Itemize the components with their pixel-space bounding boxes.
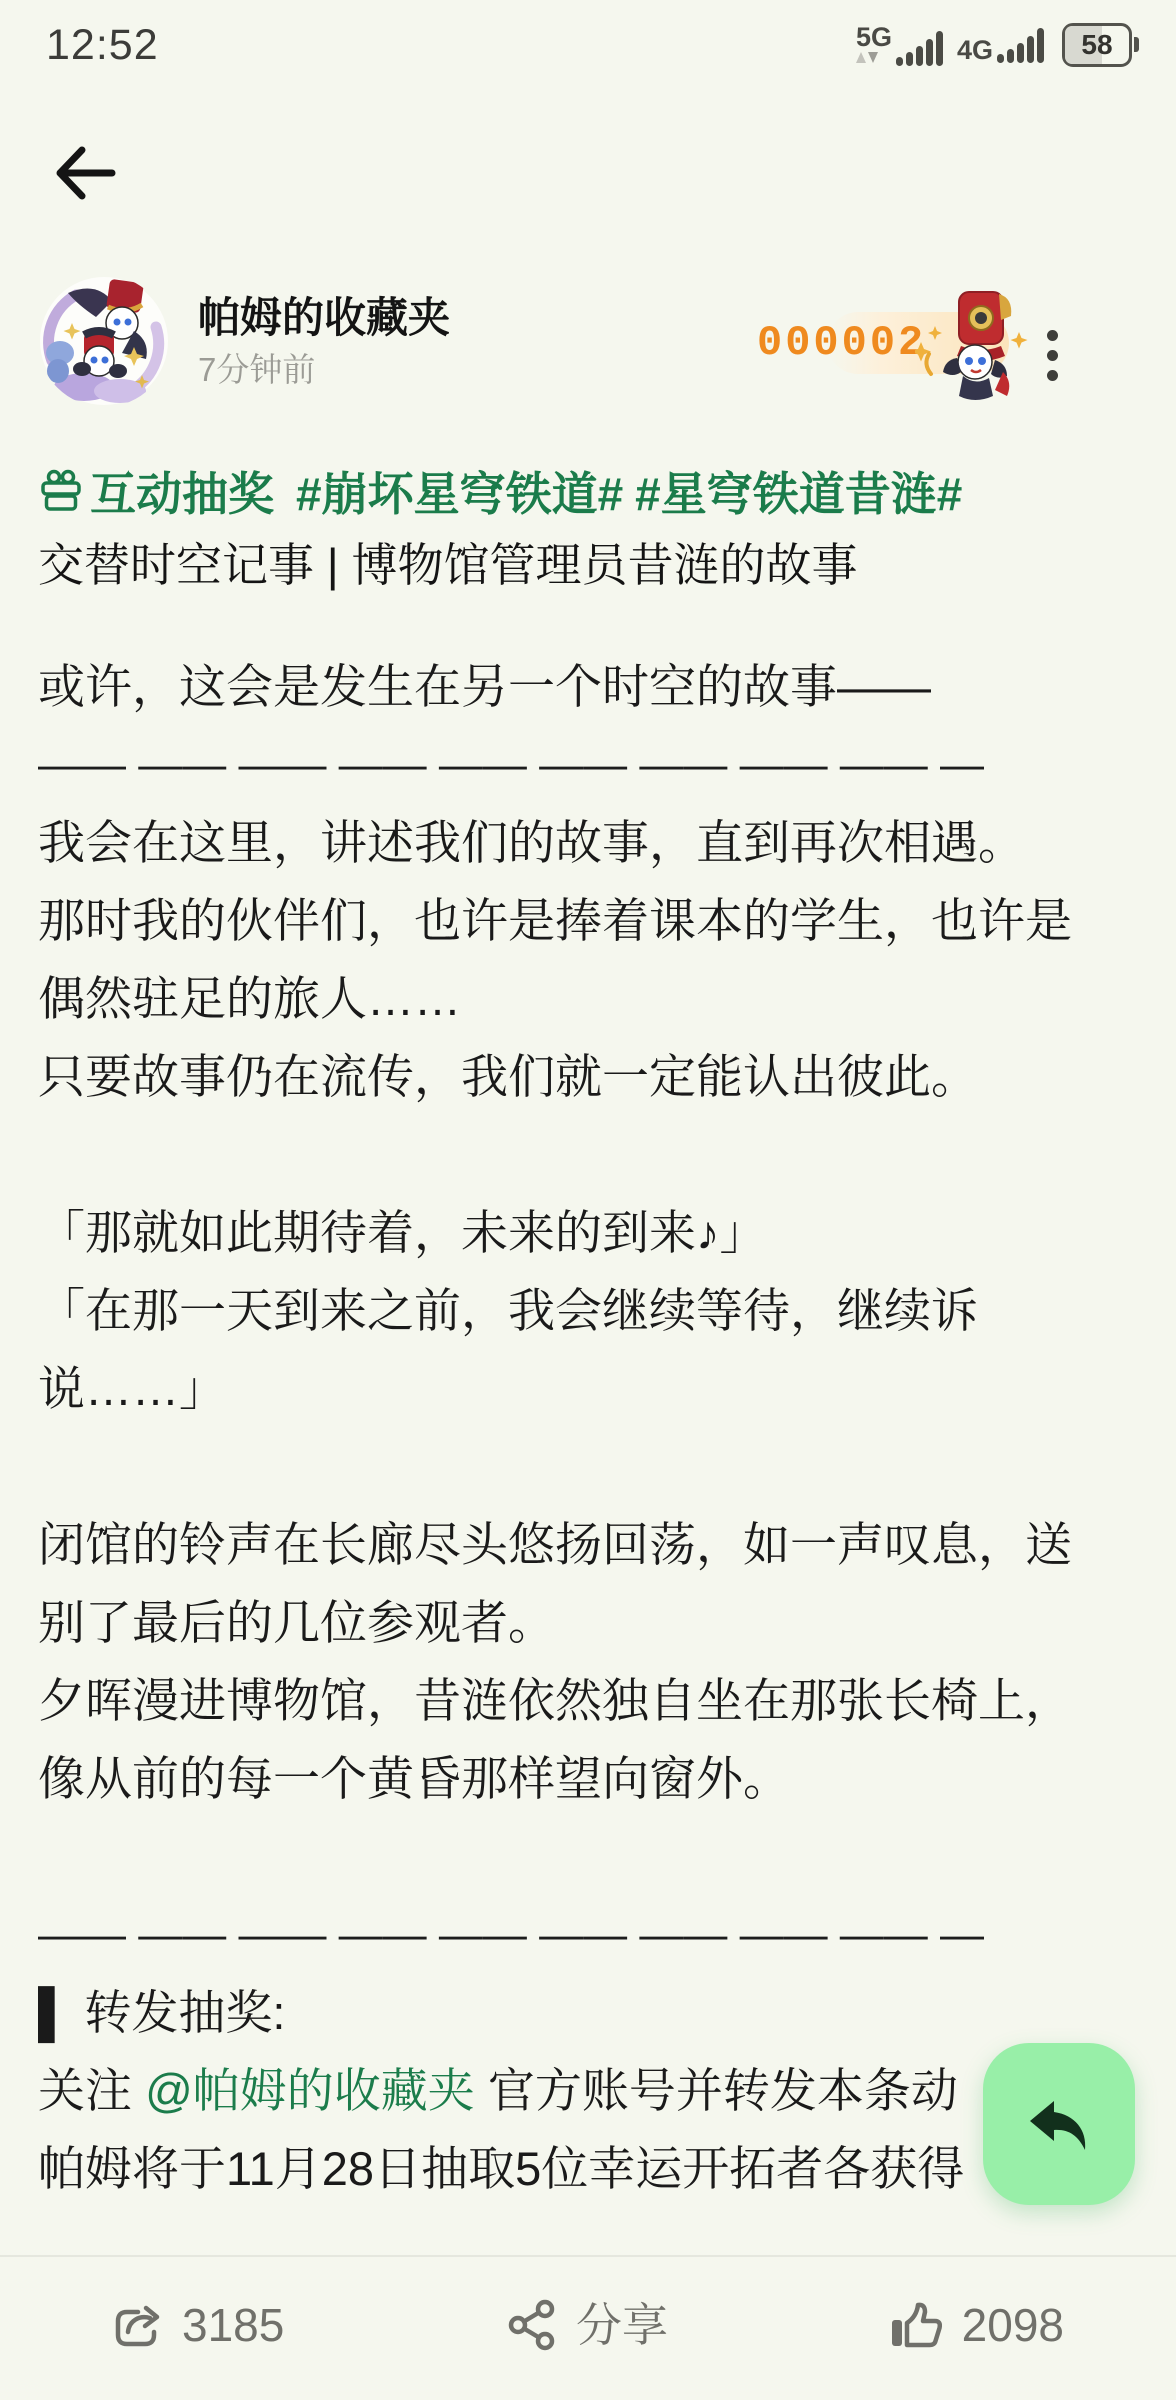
author-block: 帕姆的收藏夹 7分钟前 [198, 293, 450, 389]
pom-pom-avatar-art [38, 275, 170, 407]
battery-nub [1134, 37, 1139, 52]
post-timestamp: 7分钟前 [198, 351, 450, 389]
battery-icon: 58 [1062, 23, 1132, 67]
gift-box-icon [38, 468, 84, 514]
back-arrow-icon[interactable] [52, 144, 116, 202]
more-options-icon[interactable] [1043, 326, 1062, 385]
hashtag-xilian[interactable]: #星穹铁道昔涟# [635, 458, 962, 524]
body-line: 那时我的伙伴们，也许是捧着课本的学生，也许是 [38, 882, 1138, 960]
body-line: 关注 @帕姆的收藏夹 官方账号并转发本条动 [38, 2052, 1138, 2130]
body-line: 「那就如此期待着，未来的到来♪」 [38, 1194, 1138, 1272]
thumbs-up-icon [890, 2300, 944, 2350]
body-line [38, 1428, 1138, 1506]
signal-5g-icon: 5G [856, 24, 943, 66]
mention-link[interactable]: @帕姆的收藏夹 [145, 2064, 475, 2117]
badge-counter: 000002 [757, 319, 926, 367]
data-activity-icon [856, 52, 878, 66]
body-line: 像从前的每一个黄昏那样望向窗外。 [38, 1740, 1138, 1818]
avatar[interactable] [38, 275, 170, 407]
body-line: 或许，这会是发生在另一个时空的故事—— [38, 648, 1138, 726]
body-line: —— —— —— —— —— —— —— —— —— — [38, 1896, 1138, 1974]
post-title: 交替时空记事 | 博物馆管理员昔涟的故事 [38, 534, 1138, 596]
body-line: 帕姆将于11月28日抽取5位幸运开拓者各获得随 [38, 2130, 1138, 2208]
post-content: 互动抽奖 #崩坏星穹铁道# #星穹铁道昔涟# 交替时空记事 | 博物馆管理员昔涟… [38, 460, 1138, 2208]
like-button[interactable]: 2098 [890, 2299, 1064, 2351]
nav-bar [52, 144, 1176, 204]
body-line: —— —— —— —— —— —— —— —— —— — [38, 726, 1138, 804]
signal-4g-icon: 4G [957, 27, 1044, 63]
repost-button[interactable]: 3185 [112, 2299, 284, 2351]
body-line: 夕晖漫进博物馆，昔涟依然独自坐在那张长椅上， [38, 1662, 1138, 1740]
network-type-label: 5G [856, 24, 892, 50]
body-line: ▌ 转发抽奖: [38, 1974, 1138, 2052]
body-line: 别了最后的几位参观者。 [38, 1584, 1138, 1662]
signal-bars [896, 30, 943, 66]
share-button[interactable]: 分享 [506, 2298, 668, 2352]
author-name[interactable]: 帕姆的收藏夹 [198, 293, 450, 343]
share-label: 分享 [576, 2299, 668, 2351]
repost-count: 3185 [182, 2299, 284, 2351]
reply-arrow-icon [1020, 2085, 1098, 2163]
clock: 12:52 [46, 21, 159, 70]
repost-icon [112, 2300, 164, 2350]
body-line: 闭馆的铃声在长廊尽头悠扬回荡，如一声叹息，送 [38, 1506, 1138, 1584]
post-body: 或许，这会是发生在另一个时空的故事———— —— —— —— —— —— —— … [38, 648, 1138, 2208]
lottery-tag[interactable]: 互动抽奖 [90, 458, 274, 524]
author-badge[interactable]: 000002 [757, 312, 1009, 374]
status-icons: 5G 4G 58 [856, 23, 1132, 67]
pom-pom-sticker-icon [915, 288, 1037, 410]
body-line: 偶然驻足的旅人…… [38, 960, 1138, 1038]
body-line: 「在那一天到来之前，我会继续等待，继续诉 [38, 1272, 1138, 1350]
status-bar: 12:52 5G 4G 58 [0, 0, 1176, 72]
bottom-action-bar: 3185 分享 2098 [0, 2255, 1176, 2400]
signal-bars [997, 27, 1044, 63]
body-line: 只要故事仍在流传，我们就一定能认出彼此。 [38, 1038, 1138, 1116]
network-type-label: 4G [957, 37, 993, 63]
like-count: 2098 [962, 2299, 1064, 2351]
battery-percent: 58 [1081, 29, 1112, 61]
body-line: 说……」 [38, 1350, 1138, 1428]
post-tags-row: 互动抽奖 #崩坏星穹铁道# #星穹铁道昔涟# [38, 460, 1138, 522]
app-screen: 12:52 5G 4G 58 [0, 0, 1176, 2400]
post-header: 帕姆的收藏夹 7分钟前 000002 [38, 274, 1138, 408]
body-line: 我会在这里，讲述我们的故事，直到再次相遇。 [38, 804, 1138, 882]
hashtag-honkai-star-rail[interactable]: #崩坏星穹铁道# [296, 458, 623, 524]
share-icon [506, 2298, 558, 2352]
quick-reply-button[interactable] [983, 2043, 1135, 2205]
body-line [38, 1116, 1138, 1194]
body-line [38, 1818, 1138, 1896]
